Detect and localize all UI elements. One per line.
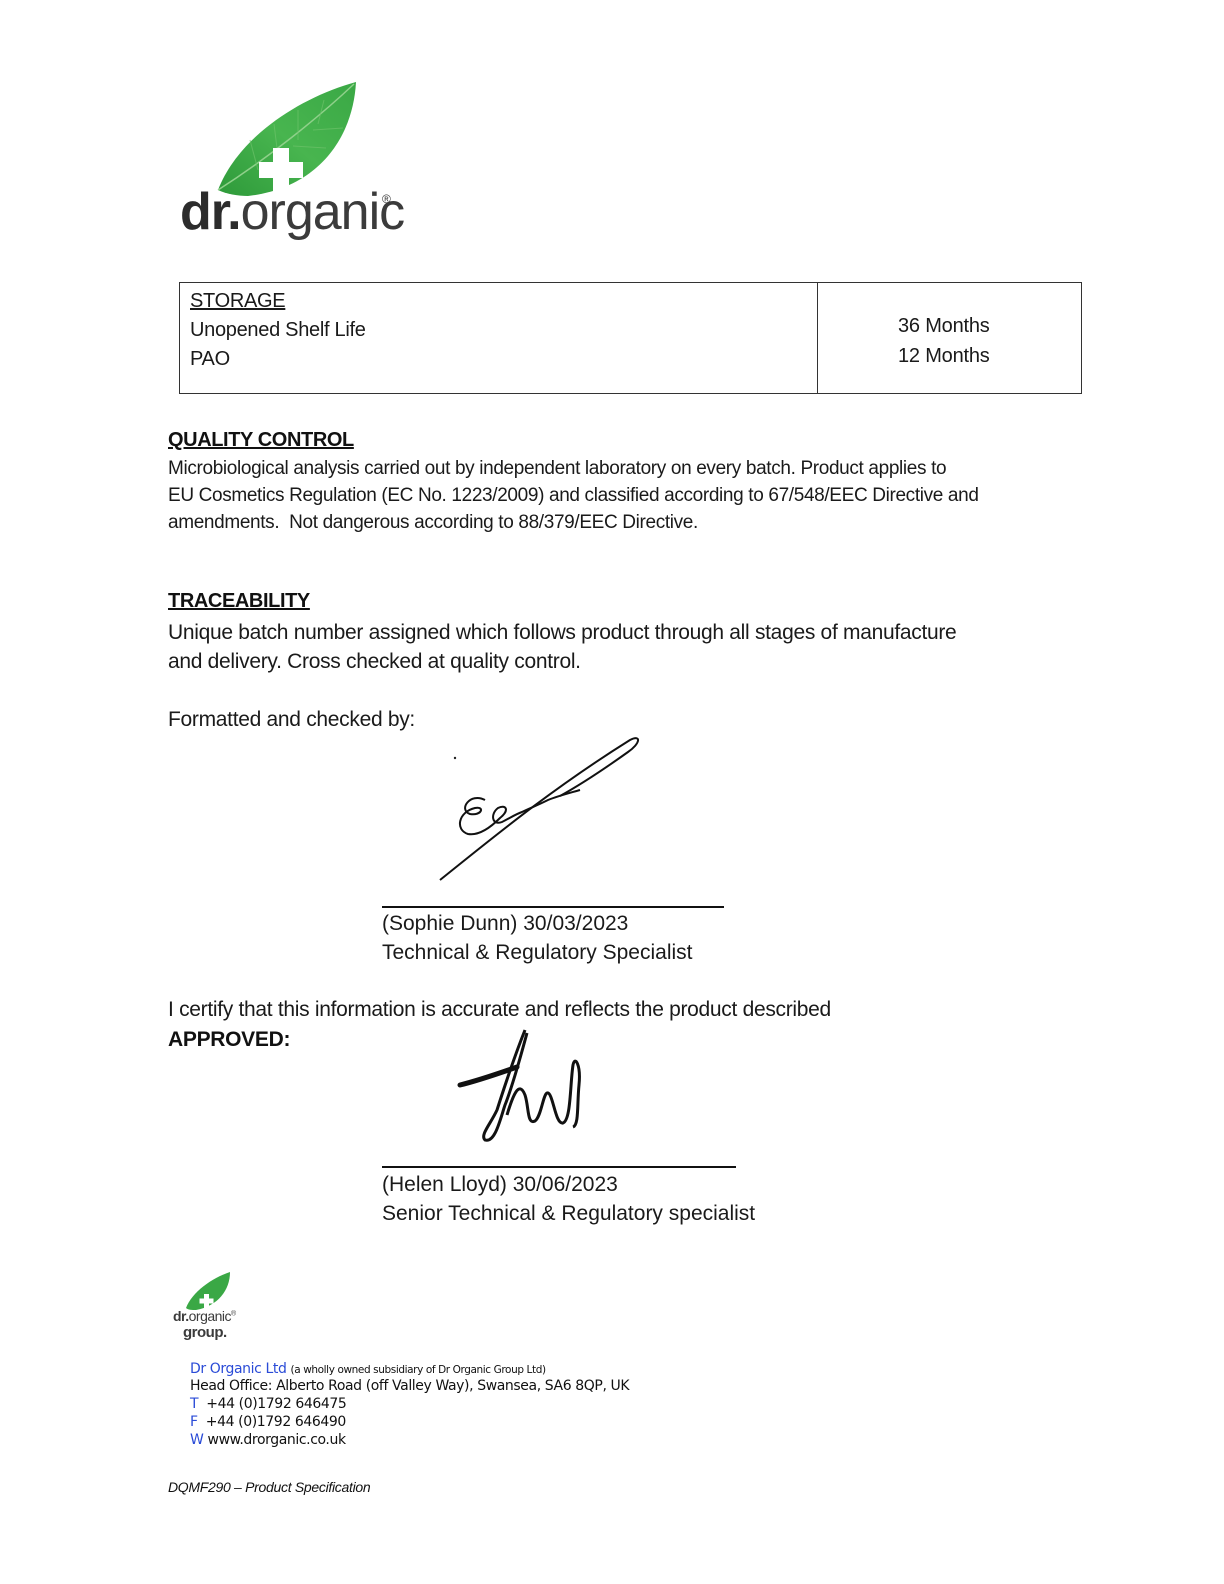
group-word: group.	[183, 1325, 227, 1340]
storage-labels-cell: STORAGE Unopened Shelf Life PAO	[180, 283, 818, 393]
signature-line	[382, 1166, 736, 1168]
phone-label: T	[190, 1396, 198, 1412]
web-label: W	[190, 1432, 203, 1448]
brand-wordmark: dr.organic	[180, 186, 404, 238]
checker-name-date: (Sophie Dunn) 30/03/2023	[382, 912, 628, 936]
traceability-heading: TRACEABILITY	[168, 590, 310, 613]
certification-statement: I certify that this information is accur…	[168, 998, 831, 1022]
storage-table: STORAGE Unopened Shelf Life PAO 36 Month…	[179, 282, 1082, 394]
approver-name-date: (Helen Lloyd) 30/06/2023	[382, 1173, 618, 1197]
phone-number: +44 (0)1792 646475	[206, 1396, 346, 1412]
checker-role: Technical & Regulatory Specialist	[382, 941, 693, 965]
quality-control-text: Microbiological analysis carried out by …	[168, 455, 1068, 536]
traceability-line: Unique batch number assigned which follo…	[168, 618, 1048, 647]
company-note: (a wholly owned subsidiary of Dr Organic…	[291, 1364, 546, 1376]
traceability-line: and delivery. Cross checked at quality c…	[168, 647, 1048, 676]
storage-label-pao: PAO	[190, 345, 817, 374]
quality-control-heading: QUALITY CONTROL	[168, 429, 354, 452]
storage-value-shelf-life: 36 Months	[898, 315, 990, 338]
checked-by-label: Formatted and checked by:	[168, 705, 415, 734]
company-name: Dr Organic Ltd	[190, 1361, 286, 1377]
storage-values-cell: 36 Months 12 Months	[818, 283, 1081, 393]
registered-mark: ®	[382, 192, 391, 206]
qc-line: EU Cosmetics Regulation (EC No. 1223/200…	[168, 482, 1068, 509]
signature-line	[382, 906, 724, 908]
website-link[interactable]: www.drorganic.co.uk	[208, 1432, 346, 1448]
qc-line: amendments. Not dangerous according to 8…	[168, 509, 1068, 536]
approver-role: Senior Technical & Regulatory specialist	[382, 1202, 755, 1226]
group-wordmark: dr.organic®	[173, 1309, 236, 1323]
document-reference: DQMF290 – Product Specification	[168, 1479, 370, 1495]
web-line: W www.drorganic.co.uk	[190, 1431, 346, 1449]
fax-number: +44 (0)1792 646490	[206, 1414, 346, 1430]
storage-heading: STORAGE	[190, 287, 817, 316]
head-office-address: Head Office: Alberto Road (off Valley Wa…	[190, 1377, 629, 1395]
storage-value-pao: 12 Months	[898, 345, 990, 368]
traceability-text: Unique batch number assigned which follo…	[168, 618, 1048, 676]
approved-label: APPROVED:	[168, 1028, 290, 1052]
signature-helen-lloyd-icon	[455, 1025, 615, 1150]
signature-sophie-dunn-icon	[430, 730, 650, 890]
qc-line: Microbiological analysis carried out by …	[168, 455, 1068, 482]
storage-label-shelf-life: Unopened Shelf Life	[190, 316, 817, 345]
phone-line: T +44 (0)1792 646475	[190, 1395, 346, 1413]
fax-line: F +44 (0)1792 646490	[190, 1413, 346, 1431]
fax-label: F	[190, 1414, 198, 1430]
